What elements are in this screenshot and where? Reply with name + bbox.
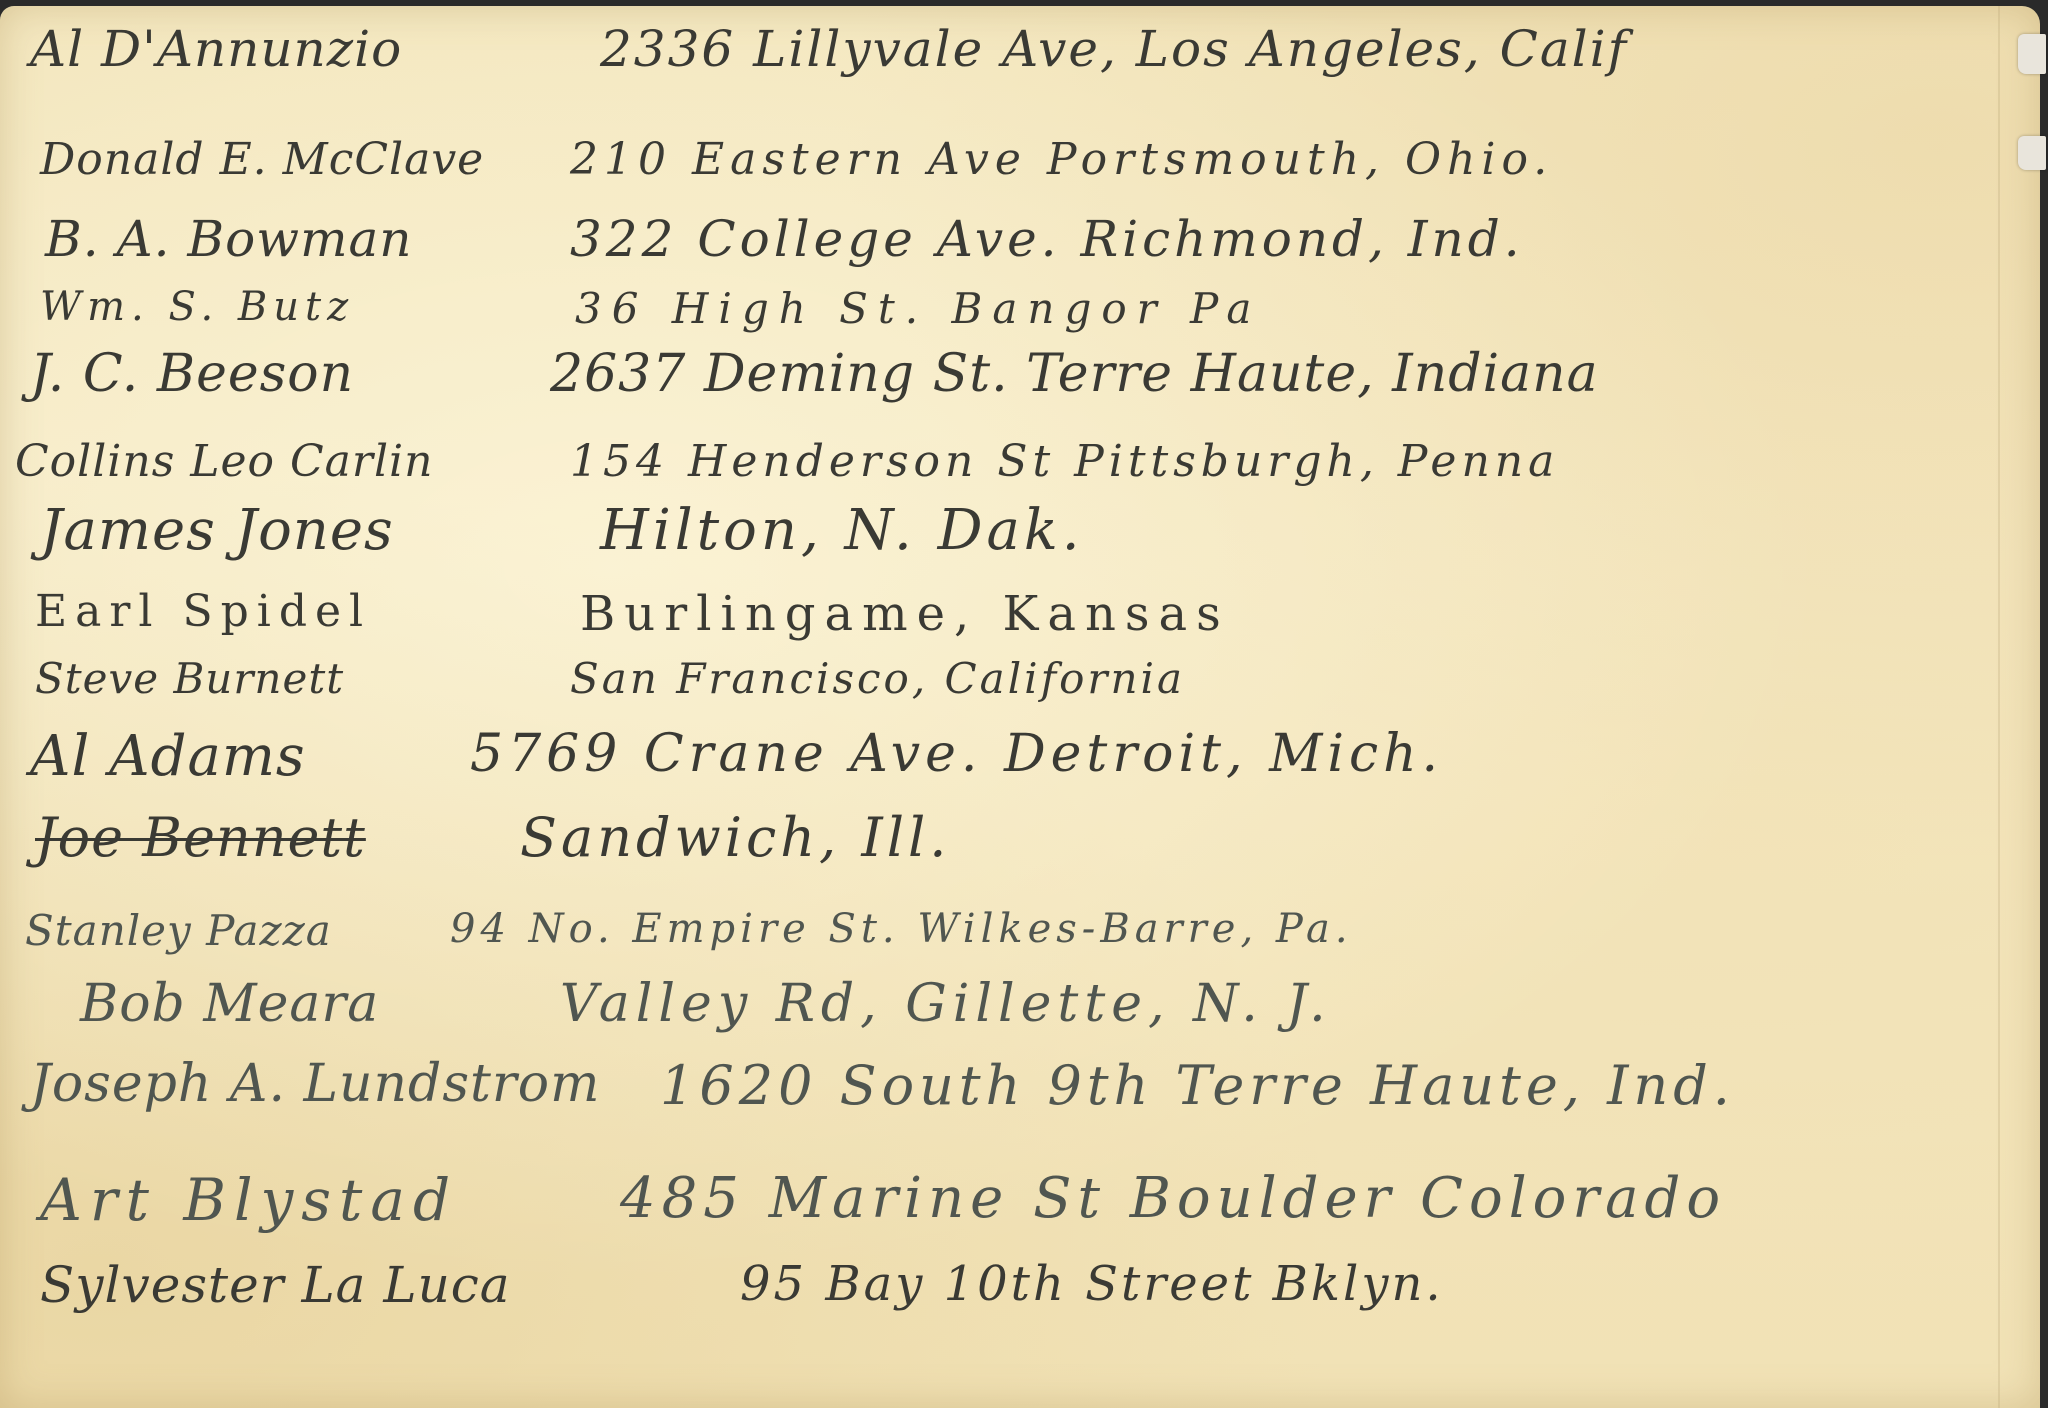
entry-name: J. C. Beeson [30, 344, 354, 404]
entry-name: Steve Burnett [35, 654, 344, 703]
entry-row: Al Adams 5769 Crane Ave. Detroit, Mich. [0, 724, 2040, 804]
entry-name: Earl Spidel [35, 586, 371, 637]
entry-name: Joe Bennett [35, 806, 366, 869]
entry-row: Al D'Annunzio 2336 Lillyvale Ave, Los An… [0, 20, 2040, 100]
entry-address: 2637 Deming St. Terre Haute, Indiana [550, 344, 1599, 404]
entry-address: Valley Rd, Gillette, N. J. [560, 974, 1332, 1034]
entry-name: Joseph A. Lundstrom [30, 1054, 600, 1114]
entry-name: James Jones [40, 498, 394, 563]
entry-row: Art Blystad 485 Marine St Boulder Colora… [0, 1166, 2040, 1246]
entry-row: Bob Meara Valley Rd, Gillette, N. J. [0, 974, 2040, 1054]
entry-address: Sandwich, Ill. [520, 806, 950, 869]
address-list-page: Al D'Annunzio 2336 Lillyvale Ave, Los An… [0, 6, 2040, 1408]
entry-row: Joe Bennett Sandwich, Ill. [0, 806, 2040, 886]
entry-row: J. C. Beeson 2637 Deming St. Terre Haute… [0, 344, 2040, 424]
entry-address: 485 Marine St Boulder Colorado [620, 1166, 1726, 1231]
entry-row: Steve Burnett San Francisco, California [0, 654, 2040, 734]
entry-name: Wm. S. Butz [40, 284, 354, 330]
entry-address: 154 Henderson St Pittsburgh, Penna [570, 436, 1559, 487]
entry-address: 1620 South 9th Terre Haute, Ind. [660, 1054, 1735, 1117]
entry-address: 210 Eastern Ave Portsmouth, Ohio. [570, 134, 1553, 185]
entry-row: Donald E. McClave 210 Eastern Ave Portsm… [0, 134, 2040, 214]
entry-address: 36 High St. Bangor Pa [575, 284, 1261, 333]
entry-name: Art Blystad [40, 1166, 458, 1234]
entry-address: Burlingame, Kansas [580, 586, 1230, 642]
entry-address: 95 Bay 10th Street Bklyn. [740, 1256, 1444, 1312]
entry-row: James Jones Hilton, N. Dak. [0, 498, 2040, 578]
entry-address: 5769 Crane Ave. Detroit, Mich. [470, 724, 1443, 784]
entry-address: 2336 Lillyvale Ave, Los Angeles, Calif [600, 20, 1628, 78]
entry-name: Donald E. McClave [40, 134, 484, 185]
entry-row: Joseph A. Lundstrom 1620 South 9th Terre… [0, 1054, 2040, 1134]
entry-name: Bob Meara [80, 974, 379, 1034]
entry-address: San Francisco, California [570, 654, 1185, 703]
entry-address: 322 College Ave. Richmond, Ind. [570, 210, 1524, 268]
entry-name: Stanley Pazza [25, 906, 332, 955]
entry-address: Hilton, N. Dak. [600, 498, 1084, 563]
entry-name: B. A. Bowman [45, 210, 413, 268]
entry-name: Al Adams [30, 724, 306, 789]
entry-name: Al D'Annunzio [30, 20, 402, 78]
entry-name: Sylvester La Luca [40, 1256, 511, 1314]
entry-address: 94 No. Empire St. Wilkes-Barre, Pa. [450, 906, 1353, 952]
entry-row: B. A. Bowman 322 College Ave. Richmond, … [0, 210, 2040, 290]
entry-name: Collins Leo Carlin [15, 436, 433, 487]
entry-row: Sylvester La Luca 95 Bay 10th Street Bkl… [0, 1256, 2040, 1336]
